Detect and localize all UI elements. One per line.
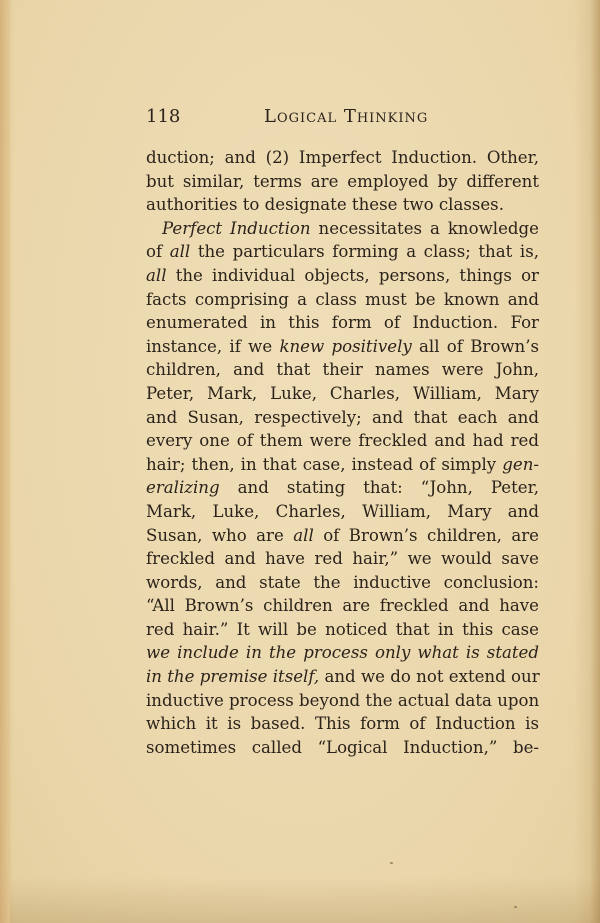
paper-speck	[390, 862, 393, 864]
text-line: inductive process beyond the actual data…	[146, 689, 539, 713]
text-segment: of Brown’s children, are	[314, 526, 539, 545]
text-segment: every one of them were freckled and had …	[146, 431, 539, 450]
text-segment: inductive process beyond the actual data…	[146, 691, 539, 710]
text-line: facts comprising a class must be known a…	[146, 288, 539, 312]
text-line: instance, if we knew positively all of B…	[146, 335, 539, 359]
text-line: authorities to designate these two class…	[146, 193, 539, 217]
text-segment: Mark, Luke, Charles, William, Mary and	[146, 502, 539, 521]
text-segment: hair; then, in that case, instead of sim…	[146, 455, 502, 474]
text-segment: necessitates a knowledge	[311, 219, 539, 238]
text-segment: all of Brown’s	[412, 337, 539, 356]
text-segment: freckled and have red hair,” we would sa…	[146, 549, 539, 568]
text-segment: Susan, who are	[146, 526, 293, 545]
text-line: hair; then, in that case, instead of sim…	[146, 453, 539, 477]
italic-text: eralizing	[146, 478, 220, 497]
text-segment: words, and state the inductive conclusio…	[146, 573, 539, 592]
text-line: words, and state the inductive conclusio…	[146, 571, 539, 595]
text-segment: red hair.” It will be noticed that in th…	[146, 620, 539, 639]
italic-text: all	[293, 526, 314, 545]
text-segment: the individual objects, persons, things …	[167, 266, 539, 285]
text-segment: and Susan, respectively; and that each a…	[146, 408, 539, 427]
text-line: we include in the process only what is s…	[146, 641, 539, 665]
text-segment: and stating that: “John, Peter,	[220, 478, 539, 497]
italic-text: gen-	[502, 455, 539, 474]
text-line: which it is based. This form of Inductio…	[146, 712, 539, 736]
text-line: Susan, who are all of Brown’s children, …	[146, 524, 539, 548]
text-segment: but similar, terms are employed by diffe…	[146, 172, 539, 191]
text-line: children, and that their names were John…	[146, 358, 539, 382]
text-line: “All Brown’s children are freckled and h…	[146, 594, 539, 618]
text-segment: enumerated in this form of Induction. Fo…	[146, 313, 539, 332]
text-segment: authorities to designate these two class…	[146, 195, 504, 214]
text-line: duction; and (2) Imperfect Induction. Ot…	[146, 146, 539, 170]
text-segment: children, and that their names were John…	[146, 360, 539, 379]
text-segment: Peter, Mark, Luke, Charles, William, Mar…	[146, 384, 539, 403]
text-segment: and we do not extend our	[319, 667, 539, 686]
text-line: Peter, Mark, Luke, Charles, William, Mar…	[146, 382, 539, 406]
italic-text: Perfect Induction	[162, 219, 311, 238]
text-line: Perfect Induction necessitates a knowled…	[146, 217, 539, 241]
text-segment: facts comprising a class must be known a…	[146, 290, 539, 309]
text-line: but similar, terms are employed by diffe…	[146, 170, 539, 194]
italic-text: all	[170, 242, 191, 261]
italic-text: knew positively	[279, 337, 411, 356]
text-line: in the premise itself, and we do not ext…	[146, 665, 539, 689]
text-line: every one of them were freckled and had …	[146, 429, 539, 453]
text-line: Mark, Luke, Charles, William, Mary and	[146, 500, 539, 524]
text-segment: “All Brown’s children are freckled and h…	[146, 596, 539, 615]
text-line: enumerated in this form of Induction. Fo…	[146, 311, 539, 335]
text-segment: of	[146, 242, 170, 261]
text-line: and Susan, respectively; and that each a…	[146, 406, 539, 430]
text-line: red hair.” It will be noticed that in th…	[146, 618, 539, 642]
body-text: duction; and (2) Imperfect Induction. Ot…	[146, 146, 539, 759]
paper-speck	[400, 162, 403, 164]
text-line: freckled and have red hair,” we would sa…	[146, 547, 539, 571]
italic-text: in the premise itself,	[146, 667, 319, 686]
running-title: Logical Thinking	[264, 106, 428, 127]
text-line: eralizing and stating that: “John, Peter…	[146, 476, 539, 500]
text-segment: the particulars forming a class; that is…	[190, 242, 539, 261]
text-segment: instance, if we	[146, 337, 279, 356]
italic-text: all	[146, 266, 167, 285]
page-left-edge	[0, 0, 10, 923]
paper-speck	[514, 906, 517, 908]
text-segment: duction; and (2) Imperfect Induction. Ot…	[146, 148, 539, 167]
page-number: 118	[146, 106, 180, 127]
italic-text: we include in the process only what is s…	[146, 643, 539, 662]
text-line: all the individual objects, persons, thi…	[146, 264, 539, 288]
text-segment: which it is based. This form of Inductio…	[146, 714, 539, 733]
text-segment: sometimes called “Logical Induction,” be…	[146, 738, 539, 757]
text-line: of all the particulars forming a class; …	[146, 240, 539, 264]
text-line: sometimes called “Logical Induction,” be…	[146, 736, 539, 760]
page-header: 118 Logical Thinking	[146, 106, 538, 132]
